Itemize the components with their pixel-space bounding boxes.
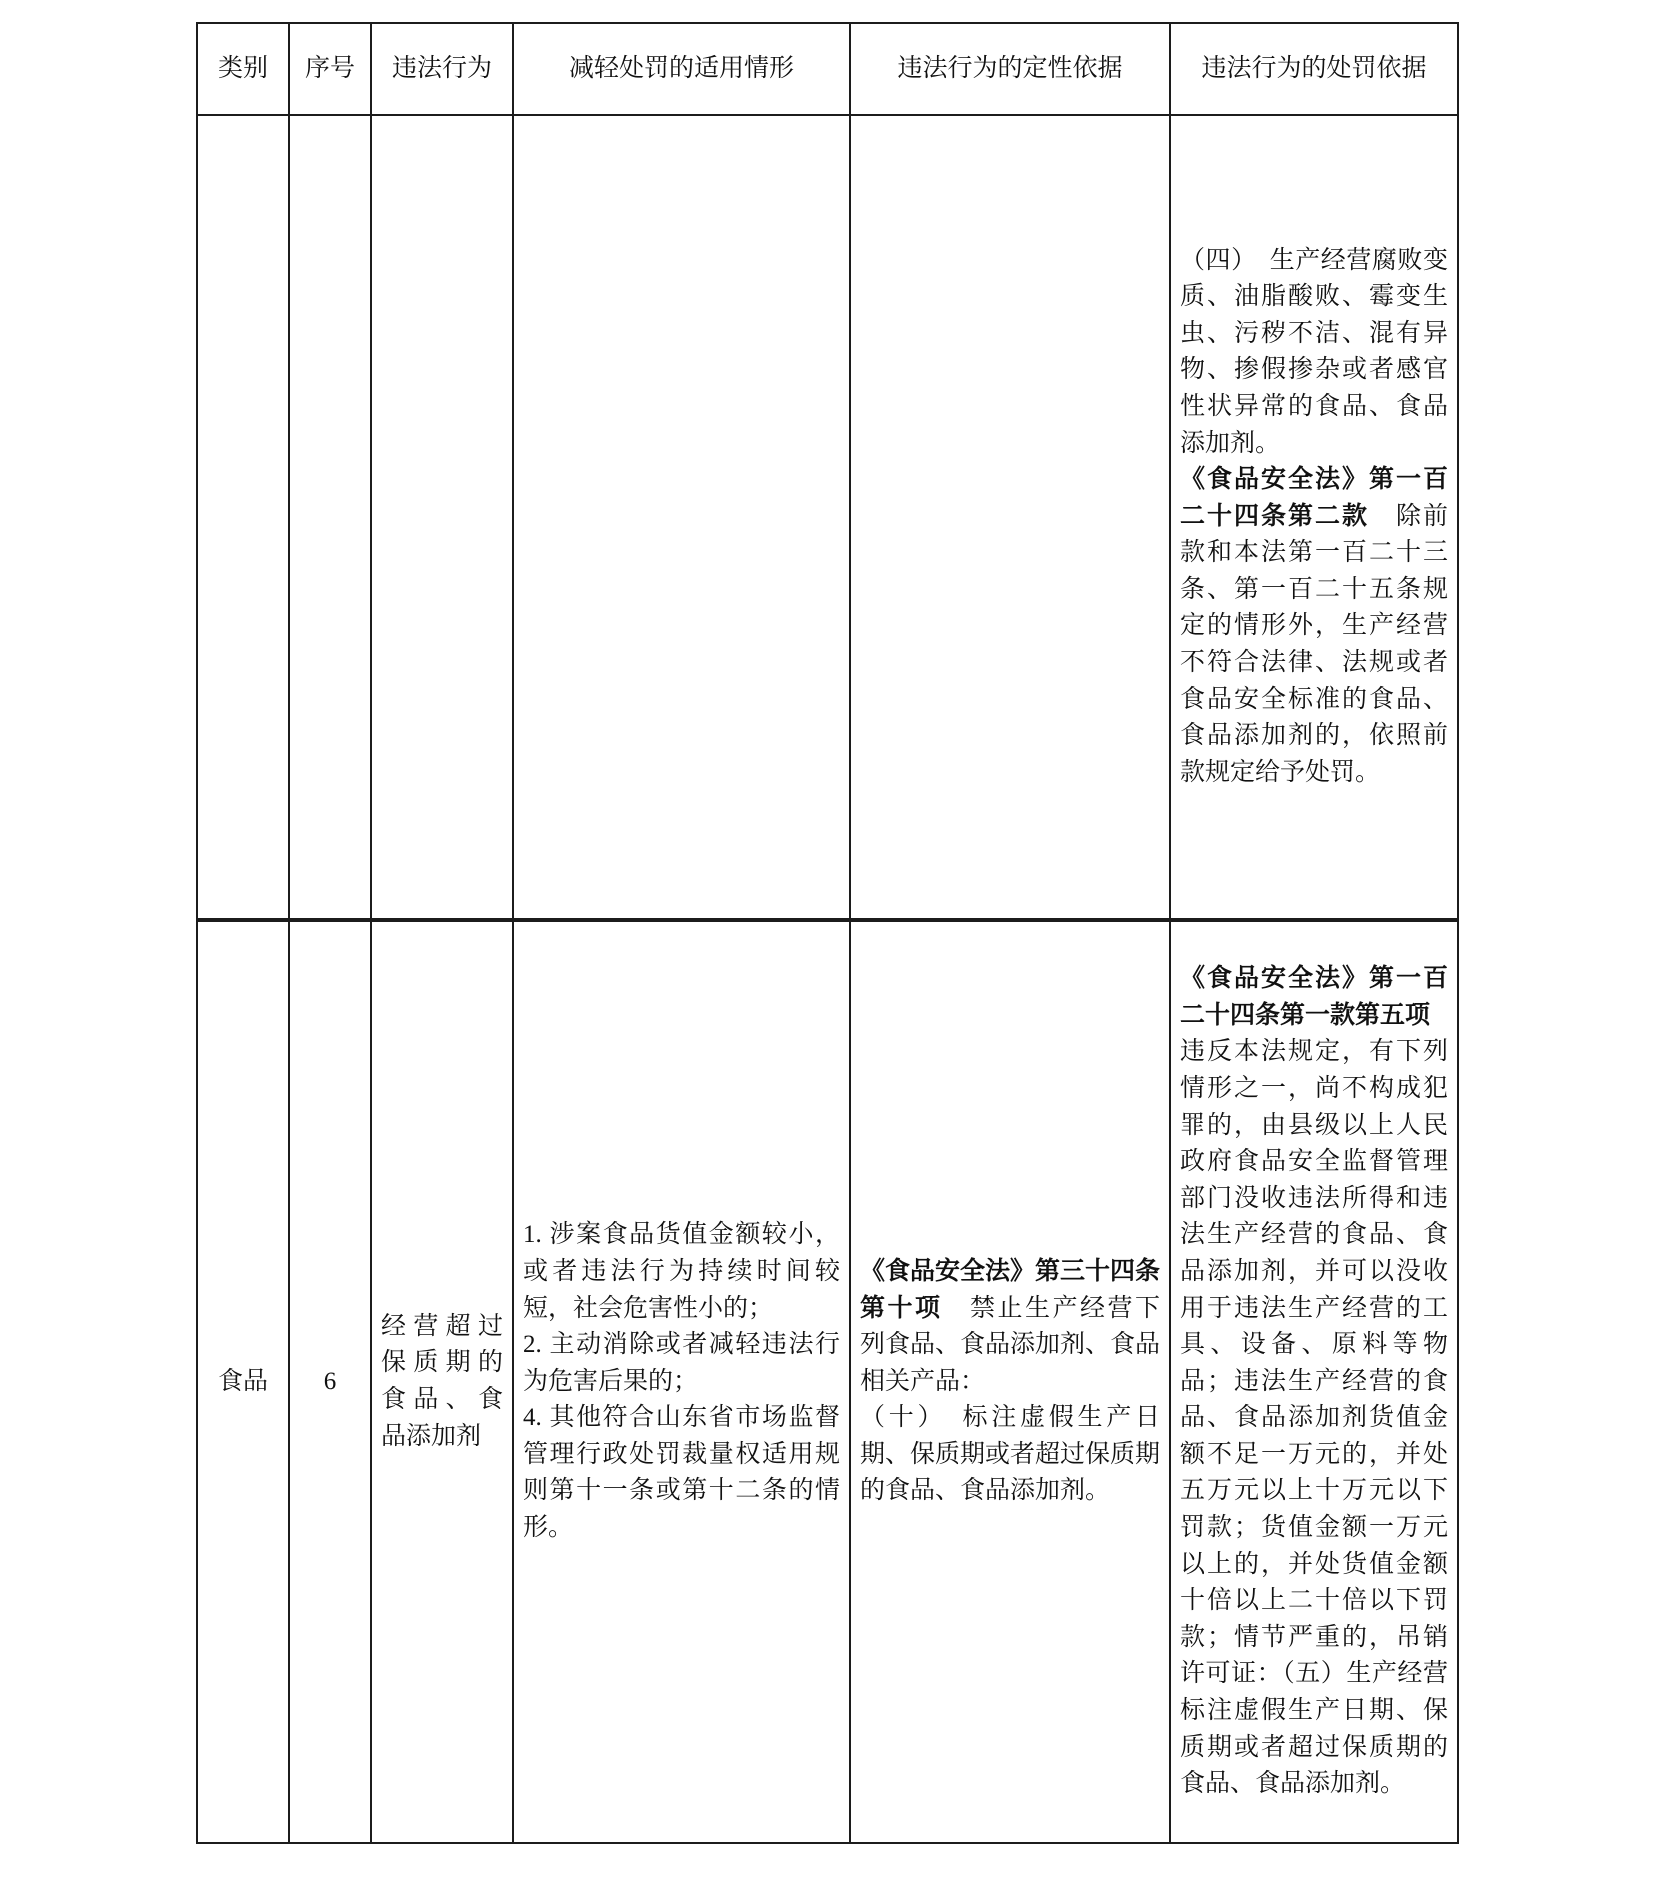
header-mitigation: 减轻处罚的适用情形: [513, 23, 850, 115]
table-row-continuation: （四） 生产经营腐败变质、油脂酸败、霉变生虫、污秽不洁、混有异物、掺假掺杂或者感…: [197, 115, 1458, 920]
penalty-table: 类别 序号 违法行为 减轻处罚的适用情形 违法行为的定性依据 违法行为的处罚依据…: [196, 22, 1459, 1844]
qualitative-paragraph-2: （十） 标注虚假生产日期、保质期或者超过保质期的食品、食品添加剂。: [860, 1400, 1160, 1510]
law-citation-text: 违反本法规定，有下列情形之一，尚不构成犯罪的，由县级以上人民政府食品安全监督管理…: [1180, 1002, 1455, 1797]
table-header-row: 类别 序号 违法行为 减轻处罚的适用情形 违法行为的定性依据 违法行为的处罚依据: [197, 23, 1458, 115]
cell-qualitative-empty: [850, 115, 1170, 920]
table-row-item-6: 食品 6 经营超过保质期的食品、食品添加剂 1. 涉案食品货值金额较小，或者违法…: [197, 920, 1458, 1843]
cell-mitigation-empty: [513, 115, 850, 920]
penalty-paragraph: 《食品安全法》第一百二十四条第一款第五项 违反本法规定，有下列情形之一，尚不构成…: [1180, 961, 1448, 1803]
cell-number: 6: [289, 920, 371, 1843]
cell-category-empty: [197, 115, 289, 920]
cell-penalty-basis: 《食品安全法》第一百二十四条第一款第五项 违反本法规定，有下列情形之一，尚不构成…: [1170, 920, 1458, 1843]
document-page: 类别 序号 违法行为 减轻处罚的适用情形 违法行为的定性依据 违法行为的处罚依据…: [196, 22, 1457, 1844]
cell-behavior: 经营超过保质期的食品、食品添加剂: [371, 920, 513, 1843]
header-qualitative-basis: 违法行为的定性依据: [850, 23, 1170, 115]
mitigation-item-2: 2. 主动消除或者减轻违法行为危害后果的；: [523, 1327, 840, 1400]
penalty-paragraph-1: （四） 生产经营腐败变质、油脂酸败、霉变生虫、污秽不洁、混有异物、掺假掺杂或者感…: [1180, 243, 1448, 463]
law-citation: 《食品安全法》第一百二十四条第一款第五项: [1180, 965, 1448, 1029]
cell-category: 食品: [197, 920, 289, 1843]
header-category: 类别: [197, 23, 289, 115]
mitigation-item-1: 1. 涉案食品货值金额较小，或者违法行为持续时间较短，社会危害性小的；: [523, 1217, 840, 1327]
qualitative-paragraph-1: 《食品安全法》第三十四条第十项 禁止生产经营下列食品、食品添加剂、食品相关产品：: [860, 1254, 1160, 1400]
penalty-paragraph-2: 《食品安全法》第一百二十四条第二款 除前款和本法第一百二十三条、第一百二十五条规…: [1180, 462, 1448, 791]
header-penalty-basis: 违法行为的处罚依据: [1170, 23, 1458, 115]
cell-mitigation: 1. 涉案食品货值金额较小，或者违法行为持续时间较短，社会危害性小的； 2. 主…: [513, 920, 850, 1843]
header-behavior: 违法行为: [371, 23, 513, 115]
law-citation-text: 除前款和本法第一百二十三条、第一百二十五条规定的情形外，生产经营不符合法律、法规…: [1180, 503, 1448, 786]
cell-penalty-basis: （四） 生产经营腐败变质、油脂酸败、霉变生虫、污秽不洁、混有异物、掺假掺杂或者感…: [1170, 115, 1458, 920]
cell-qualitative-basis: 《食品安全法》第三十四条第十项 禁止生产经营下列食品、食品添加剂、食品相关产品：…: [850, 920, 1170, 1843]
cell-behavior-empty: [371, 115, 513, 920]
mitigation-item-4: 4. 其他符合山东省市场监督管理行政处罚裁量权适用规则第十一条或第十二条的情形。: [523, 1400, 840, 1546]
cell-number-empty: [289, 115, 371, 920]
header-number: 序号: [289, 23, 371, 115]
